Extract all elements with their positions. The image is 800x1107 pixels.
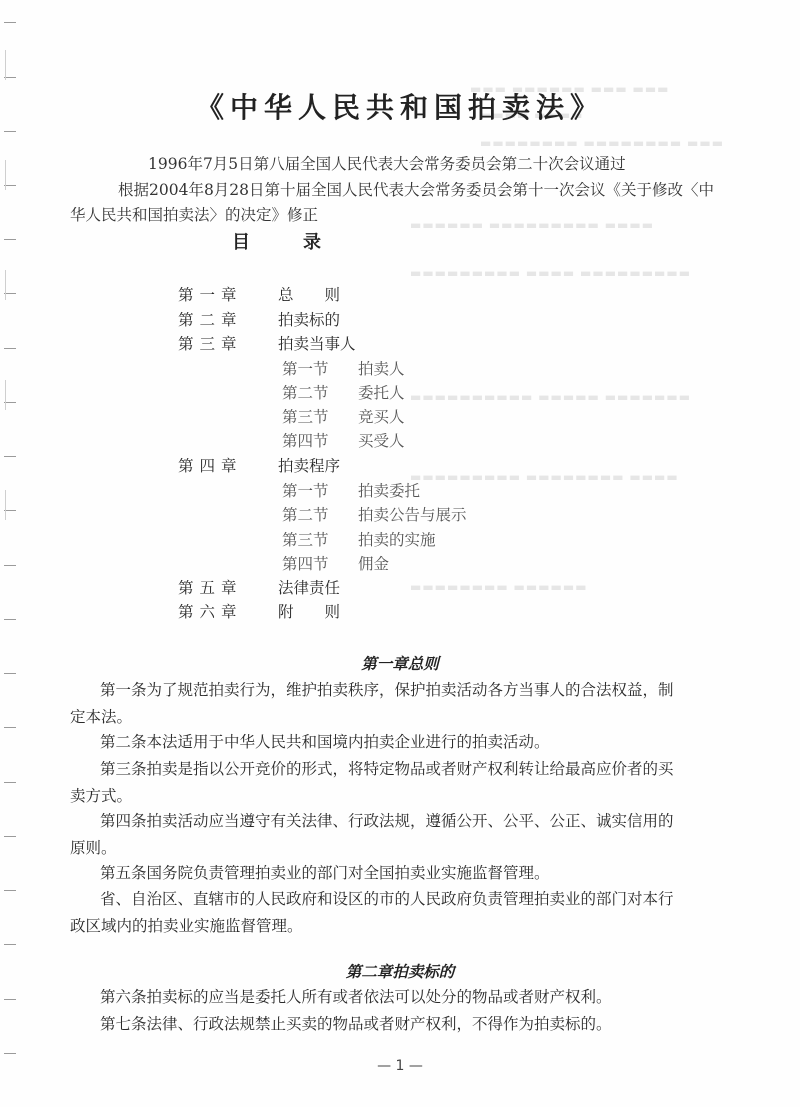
toc-heading-left: 目 [232,228,250,254]
article-3: 第三条拍卖是指以公开竞价的形式，将特定物品或者财产权利转让给最高应价者的买 卖方… [70,756,730,810]
scanned-page: ▬▬▬ ▬▬▬▬▬▬ ▬▬▬ ▬▬▬ ▬▬▬▬ ▬▬▬▬ ▬▬▬▬▬▬▬▬ ▬▬… [0,0,800,1107]
article-5: 第五条国务院负责管理拍卖业的部门对全国拍卖业实施监督管理。 [70,860,730,887]
article-7: 第七条法律、行政法规禁止买卖的物品或者财产权利，不得作为拍卖标的。 [100,1011,740,1038]
article-2: 第二条本法适用于中华人民共和国境内拍卖企业进行的拍卖活动。 [70,729,730,756]
toc-section[interactable]: 第二节 拍卖公告与展示 [0,503,800,523]
toc-chapter[interactable]: 第二章 拍卖标的 [0,308,800,328]
toc-chapter[interactable]: 第五章 法律责任 [0,576,800,596]
article-6: 第六条拍卖标的应当是委托人所有或者依法可以处分的物品或者财产权利。 [100,984,740,1011]
document-title: 《中华人民共和国拍卖法》 [0,86,800,126]
amendment-note-cont: 华人民共和国拍卖法〉的决定》修正 [70,203,318,225]
page-number: — 1 — [0,1058,800,1074]
toc-chapter[interactable]: 第三章 拍卖当事人 [0,332,800,352]
chapter-heading: 第一章总则 [0,652,800,674]
toc-section[interactable]: 第二节 委托人 [0,381,800,401]
toc-section[interactable]: 第四节 买受人 [0,429,800,449]
toc-section[interactable]: 第四节 佣金 [0,552,800,572]
bleed-through: ▬▬▬▬▬▬▬▬▬ ▬▬▬▬ ▬▬▬▬▬▬▬▬▬ [410,266,691,280]
chapter-heading: 第二章拍卖标的 [0,960,800,982]
article-4: 第四条拍卖活动应当遵守有关法律、行政法规，遵循公开、公平、公正、诚实信用的 原则… [70,808,730,862]
bleed-through: ▬▬▬▬▬▬ ▬▬▬▬▬▬▬▬▬ ▬▬▬▬ [410,218,654,232]
amendment-note: 根据2004年8月28日第十届全国人民代表大会常务委员会第十一次会议《关于修改〈… [118,178,714,200]
toc-heading-right: 录 [303,228,321,254]
toc-section[interactable]: 第三节 拍卖的实施 [0,528,800,548]
toc-chapter[interactable]: 第六章 附 则 [0,600,800,620]
toc-chapter[interactable]: 第一章 总 则 [0,283,800,303]
bleed-through: ▬▬▬▬▬▬▬▬ ▬▬▬▬▬▬▬▬ ▬▬▬ [480,136,724,150]
toc-section[interactable]: 第三节 竞买人 [0,405,800,425]
toc-chapter[interactable]: 第四章 拍卖程序 [0,454,800,474]
enactment-note: 1996年7月5日第八届全国人民代表大会常务委员会第二十次会议通过 [148,152,626,174]
toc-section[interactable]: 第一节 拍卖委托 [0,479,800,499]
article-5-para-2: 省、自治区、直辖市的人民政府和设区的市的人民政府负责管理拍卖业的部门对本行 政区… [70,886,730,940]
article-1: 第一条为了规范拍卖行为，维护拍卖秩序，保护拍卖活动各方当事人的合法权益，制 定本… [70,677,730,731]
toc-section[interactable]: 第一节 拍卖人 [0,357,800,377]
